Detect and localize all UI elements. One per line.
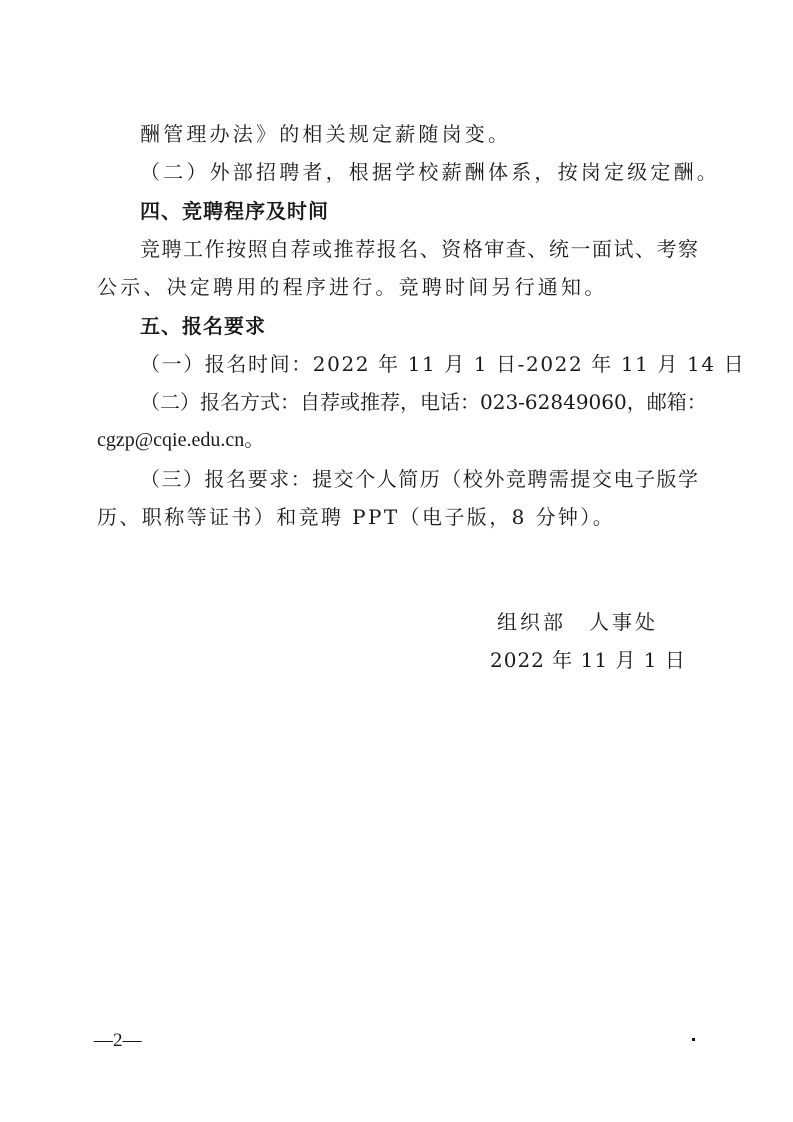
paragraph-procedure-line1: 竞聘工作按照自荐或推荐报名、资格审查、统一面试、考察 bbox=[140, 237, 698, 261]
paragraph-procedure-line2: 公示、决定聘用的程序进行。竞聘时间另行通知。 bbox=[97, 275, 607, 299]
paragraph-continuation: 酬管理办法》的相关规定薪随岗变。 bbox=[140, 122, 511, 146]
paragraph-registration-method-email: cgzp@cqie.edu.cn。 bbox=[97, 428, 264, 452]
document-page: 酬管理办法》的相关规定薪随岗变。 （二）外部招聘者，根据学校薪酬体系，按岗定级定… bbox=[0, 0, 793, 1122]
paragraph-registration-method-line1: （二）报名方式：自荐或推荐，电话：023-62849060，邮箱： bbox=[140, 390, 698, 414]
paragraph-external-recruits: （二）外部招聘者，根据学校薪酬体系，按岗定级定酬。 bbox=[140, 160, 720, 184]
signature-date: 2022 年 11 月 1 日 bbox=[490, 648, 686, 672]
page-number: —2— bbox=[94, 1030, 142, 1052]
section-heading-procedure: 四、竞聘程序及时间 bbox=[140, 199, 329, 223]
signature-departments: 组织部 人事处 bbox=[497, 610, 658, 634]
footer-dot-mark bbox=[692, 1038, 695, 1041]
paragraph-registration-requirements-line2: 历、职称等证书）和竞聘 PPT（电子版，8 分钟）。 bbox=[97, 505, 615, 529]
paragraph-registration-requirements-line1: （三）报名要求：提交个人简历（校外竞聘需提交电子版学 bbox=[140, 467, 698, 491]
section-heading-registration: 五、报名要求 bbox=[140, 314, 266, 338]
paragraph-registration-time: （一）报名时间：2022 年 11 月 1 日-2022 年 11 月 14 日 bbox=[140, 352, 745, 376]
